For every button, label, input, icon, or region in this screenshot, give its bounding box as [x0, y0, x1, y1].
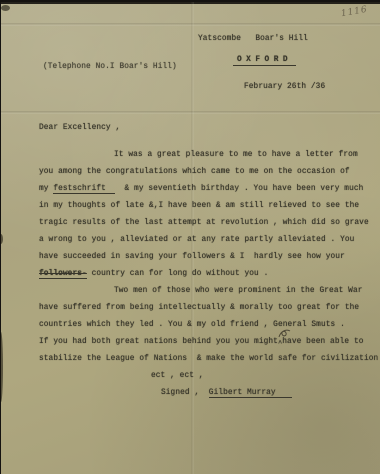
body-line: in my thoughts of late &,I have been & a… — [39, 202, 359, 210]
underlined-word: festschrift — [53, 185, 115, 194]
scan-artifact — [1, 5, 10, 11]
sender-address: Yatscombe Boar's Hill — [198, 35, 308, 43]
body-line: have suffered from being intellectually … — [39, 304, 359, 312]
scan-artifact — [0, 332, 3, 402]
text-segment: & my seventieth birthday . You have been… — [115, 185, 364, 193]
text-segment: If you had both great nations behind you… — [39, 338, 278, 346]
telephone-note: (Telephone No.I Boar's Hill) — [43, 63, 177, 71]
body-line: Two men of those who were prominent in t… — [114, 287, 363, 295]
handwritten-insertion-icon — [277, 329, 291, 339]
etcetera: ect , ect , — [151, 372, 204, 380]
body-line-followers: followers- country can for long do witho… — [39, 270, 268, 278]
salutation: Dear Excellency , — [39, 124, 120, 132]
body-line: a wrong to you , alleviated or at any ra… — [39, 236, 354, 244]
text-segment: my — [39, 185, 53, 193]
text-segment: Signed , — [161, 389, 209, 397]
signature-line: Signed , Gilbert Murray — [161, 389, 292, 397]
signature-name: Gilbert Murray — [209, 389, 292, 398]
body-line: you among the congratulations which came… — [39, 168, 350, 176]
caret-mark: ^ — [278, 340, 282, 348]
body-line: have succeeded in saving your followers … — [39, 253, 345, 261]
body-line: stabilize the League of Nations & make t… — [39, 355, 378, 363]
scan-artifact — [0, 234, 3, 244]
sender-city: OXFORD — [233, 56, 296, 66]
body-line-festschrift: my festschrift & my seventieth birthday … — [39, 185, 363, 193]
struck-word: followers- — [39, 270, 87, 279]
body-line: countries which they led . You & my old … — [39, 321, 345, 329]
body-line-might: If you had both great nations behind you… — [39, 338, 364, 348]
archival-number: 1116 — [340, 5, 368, 20]
letter-page: 1116 Yatscombe Boar's Hill OXFORD (Telep… — [1, 2, 380, 474]
insertion-point: ^ — [278, 338, 282, 348]
body-line: tragic results of the last attempt at re… — [39, 219, 369, 227]
text-segment: have been able to — [282, 338, 363, 346]
letter-date: February 26th /36 — [244, 83, 325, 91]
body-line: It was a great pleasure to me to have a … — [114, 151, 358, 159]
text-segment: country can for long do without you . — [87, 270, 269, 278]
